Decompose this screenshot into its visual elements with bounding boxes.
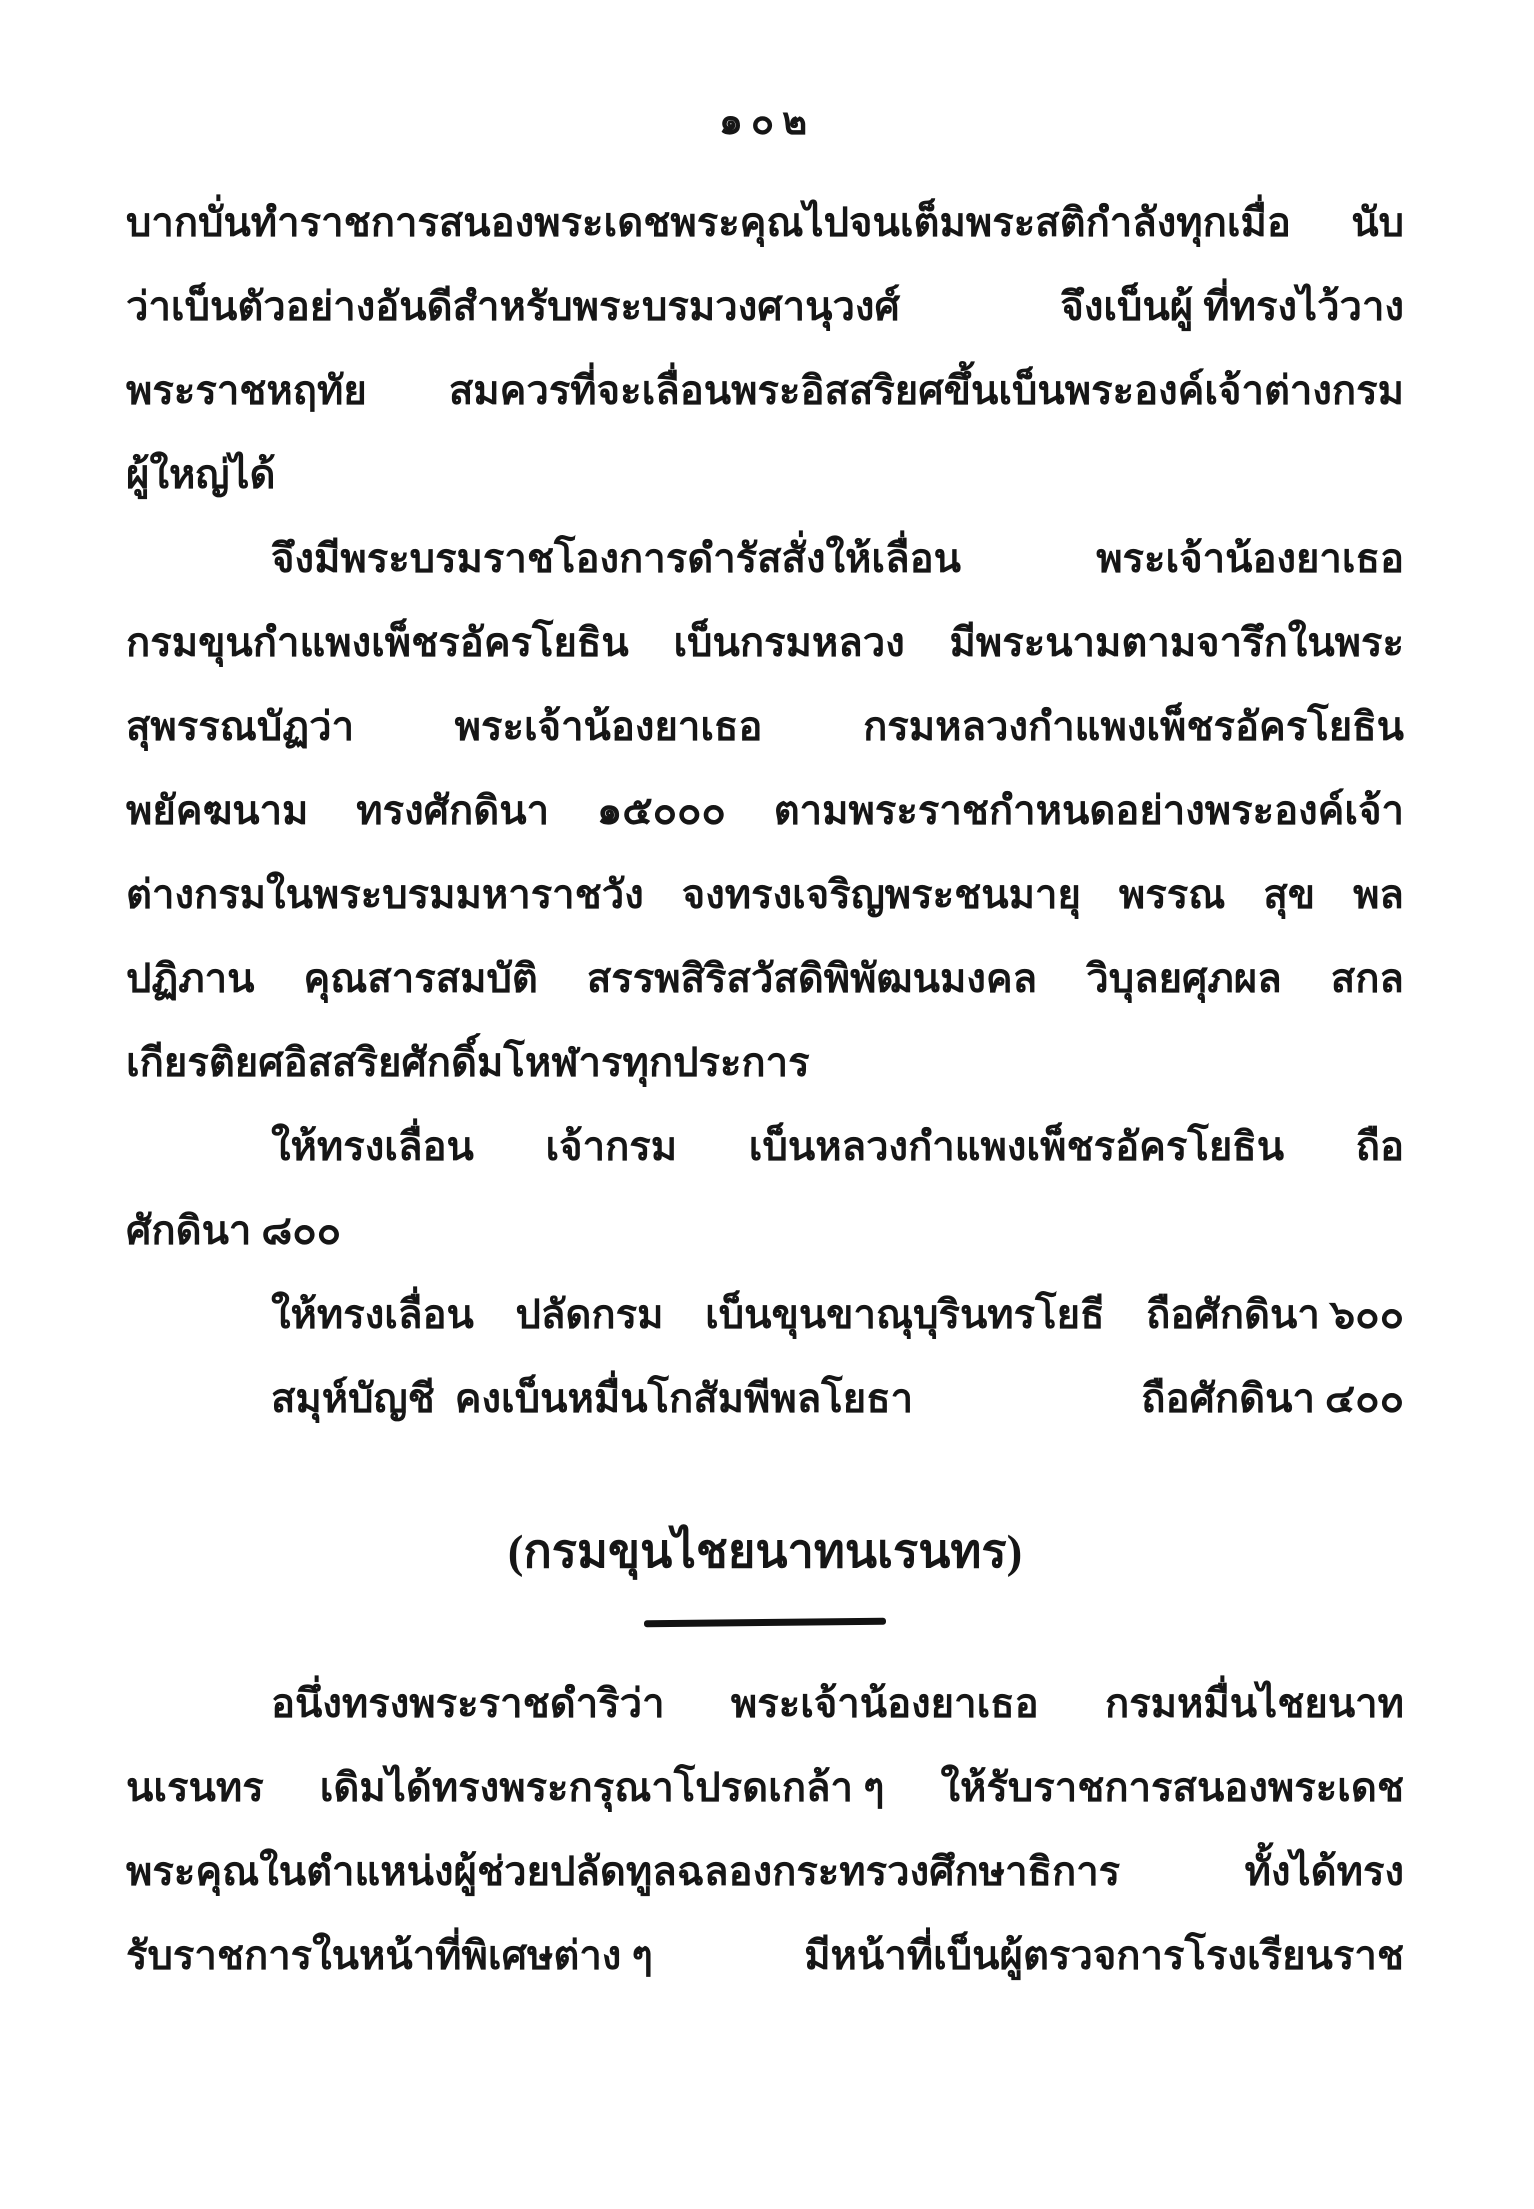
text-segment: มีหน้าที่เบ็นผู้ตรวจการโรงเรียนราช bbox=[804, 1934, 1404, 1978]
text-segment: ว่าเบ็นตัวอย่างอันดีสำหรับพระบรมวงศานุวง… bbox=[126, 285, 900, 329]
text-segment: ปฏิภาน bbox=[126, 957, 254, 1001]
text-segment: จึงเบ็นผู้ ที่ทรงไว้วาง bbox=[1060, 285, 1404, 329]
text-segment: กรมขุนกำแพงเพ็ชรอัครโยธิน bbox=[126, 621, 629, 665]
text-segment: ปลัดกรม bbox=[515, 1293, 663, 1337]
text-segment: พระเจ้าน้องยาเธอ bbox=[1096, 537, 1404, 581]
text-segment: เบ็นกรมหลวง bbox=[673, 621, 904, 665]
text-segment: เดิมได้ทรงพระกรุณาโปรดเกล้า ๆ bbox=[320, 1766, 885, 1810]
text-line: พยัคฆนามทรงศักดินา๑๕๐๐๐ตามพระราชกำหนดอย่… bbox=[126, 769, 1404, 853]
text-segment: วิบุลยศุภผล bbox=[1086, 957, 1282, 1001]
text-segment: พระคุณในตำแหน่งผู้ช่วยปลัดทูลฉลองกระทรวง… bbox=[126, 1850, 1120, 1894]
text-segment: มีพระนามตามจารึกในพระ bbox=[950, 621, 1405, 665]
text-segment: พระราชหฤทัย bbox=[126, 369, 367, 413]
text-segment: ให้ทรงเลื่อน bbox=[271, 1293, 474, 1337]
text-segment: ให้รับราชการสนองพระเดช bbox=[941, 1766, 1404, 1810]
text-segment: พยัคฆนาม bbox=[126, 789, 308, 833]
section-heading: (กรมขุนไชยนาทนเรนทร) bbox=[126, 1507, 1404, 1593]
text-segment: นเรนทร bbox=[126, 1766, 264, 1810]
text-segment: กรมหมื่นไชยนาท bbox=[1105, 1682, 1404, 1726]
text-segment: เบ็นหลวงกำแพงเพ็ชรอัครโยธิน bbox=[749, 1125, 1284, 1169]
text-line: ให้ทรงเลื่อนเจ้ากรมเบ็นหลวงกำแพงเพ็ชรอัค… bbox=[126, 1105, 1404, 1189]
text-segment: จงทรงเจริญพระชนมายุ bbox=[682, 873, 1081, 917]
text-line: พระคุณในตำแหน่งผู้ช่วยปลัดทูลฉลองกระทรวง… bbox=[126, 1830, 1404, 1914]
text-line: ศักดินา ๘๐๐ bbox=[126, 1189, 1404, 1273]
text-segment: กรมหลวงกำแพงเพ็ชรอัครโยธิน bbox=[863, 705, 1404, 749]
text-segment: ๑๕๐๐๐ bbox=[597, 789, 726, 833]
text-segment: เจ้ากรม bbox=[546, 1125, 678, 1169]
text-line: นเรนทรเดิมได้ทรงพระกรุณาโปรดเกล้า ๆให้รั… bbox=[126, 1746, 1404, 1830]
text-segment: ให้ทรงเลื่อน bbox=[271, 1125, 474, 1169]
text-segment: จึงมีพระบรมราชโองการดำรัสสั่งให้เลื่อน bbox=[271, 537, 961, 581]
text-line: จึงมีพระบรมราชโองการดำรัสสั่งให้เลื่อนพร… bbox=[126, 517, 1404, 601]
text-line: ว่าเบ็นตัวอย่างอันดีสำหรับพระบรมวงศานุวง… bbox=[126, 265, 1404, 349]
text-line: สุพรรณบัฏว่าพระเจ้าน้องยาเธอกรมหลวงกำแพง… bbox=[126, 685, 1404, 769]
text-segment: สุพรรณบัฏว่า bbox=[126, 705, 354, 749]
text-line: ปฏิภานคุณสารสมบัติสรรพสิริสวัสดิพิพัฒนมง… bbox=[126, 937, 1404, 1021]
text-segment: อนึ่งทรงพระราชดำริว่า bbox=[271, 1682, 665, 1726]
text-line: บากบั่นทำราชการสนองพระเดชพระคุณไปจนเต็มพ… bbox=[126, 181, 1404, 265]
text-segment: ศักดินา ๘๐๐ bbox=[126, 1209, 341, 1253]
section-divider-rule bbox=[644, 1618, 886, 1628]
text-segment: ทรงศักดินา bbox=[356, 789, 549, 833]
text-segment: ถือ bbox=[1356, 1125, 1404, 1169]
text-line: ต่างกรมในพระบรมมหาราชวังจงทรงเจริญพระชนม… bbox=[126, 853, 1404, 937]
text-segment: นับ bbox=[1351, 201, 1404, 245]
text-segment: ตามพระราชกำหนดอย่างพระองค์เจ้า bbox=[774, 789, 1404, 833]
text-segment: พระเจ้าน้องยาเธอ bbox=[731, 1682, 1039, 1726]
text-segment: ถือศักดินา ๖๐๐ bbox=[1146, 1293, 1404, 1337]
text-segment: สมควรที่จะเลื่อนพระอิสสริยศขึ้นเบ็นพระอง… bbox=[449, 369, 1404, 413]
text-line: สมุห์บัญชี คงเบ็นหมื่นโกสัมพีพลโยธาถือศั… bbox=[126, 1357, 1404, 1441]
text-segment: ถือศักดินา ๔๐๐ bbox=[1141, 1377, 1404, 1421]
text-segment: พล bbox=[1353, 873, 1404, 917]
text-segment: ทั้งได้ทรง bbox=[1245, 1850, 1404, 1894]
text-line: อนึ่งทรงพระราชดำริว่าพระเจ้าน้องยาเธอกรม… bbox=[126, 1662, 1404, 1746]
text-line: เกียรติยศอิสสริยศักดิ์มโหฬารทุกประการ bbox=[126, 1021, 1404, 1105]
text-segment: รับราชการในหน้าที่พิเศษต่าง ๆ bbox=[126, 1934, 653, 1978]
text-line: พระราชหฤทัยสมควรที่จะเลื่อนพระอิสสริยศขึ… bbox=[126, 349, 1404, 433]
text-line: รับราชการในหน้าที่พิเศษต่าง ๆมีหน้าที่เบ… bbox=[126, 1914, 1404, 1998]
document-body: บากบั่นทำราชการสนองพระเดชพระคุณไปจนเต็มพ… bbox=[126, 181, 1404, 1998]
text-segment: สรรพสิริสวัสดิพิพัฒนมงคล bbox=[587, 957, 1037, 1001]
page-number: ๑๐๒ bbox=[0, 0, 1534, 151]
text-line: ให้ทรงเลื่อนปลัดกรมเบ็นขุนขาณุบุรินทรโยธ… bbox=[126, 1273, 1404, 1357]
text-line: ผู้ใหญ่ได้ bbox=[126, 433, 1404, 517]
text-segment: พระเจ้าน้องยาเธอ bbox=[455, 705, 763, 749]
text-segment: เบ็นขุนขาณุบุรินทรโยธี bbox=[705, 1293, 1104, 1337]
text-segment: เกียรติยศอิสสริยศักดิ์มโหฬารทุกประการ bbox=[126, 1041, 810, 1085]
text-line: กรมขุนกำแพงเพ็ชรอัครโยธินเบ็นกรมหลวงมีพร… bbox=[126, 601, 1404, 685]
text-segment: สมุห์บัญชี คงเบ็นหมื่นโกสัมพีพลโยธา bbox=[271, 1377, 913, 1421]
text-segment: พรรณ bbox=[1119, 873, 1225, 917]
text-segment: สกล bbox=[1331, 957, 1404, 1001]
text-segment: คุณสารสมบัติ bbox=[303, 957, 537, 1001]
text-segment: สุข bbox=[1263, 873, 1315, 917]
scanned-document-page: ๑๐๒ บากบั่นทำราชการสนองพระเดชพระคุณไปจนเ… bbox=[0, 0, 1534, 2209]
text-segment: บากบั่นทำราชการสนองพระเดชพระคุณไปจนเต็มพ… bbox=[126, 201, 1291, 245]
text-segment: ผู้ใหญ่ได้ bbox=[126, 453, 276, 497]
text-segment: ต่างกรมในพระบรมมหาราชวัง bbox=[126, 873, 644, 917]
